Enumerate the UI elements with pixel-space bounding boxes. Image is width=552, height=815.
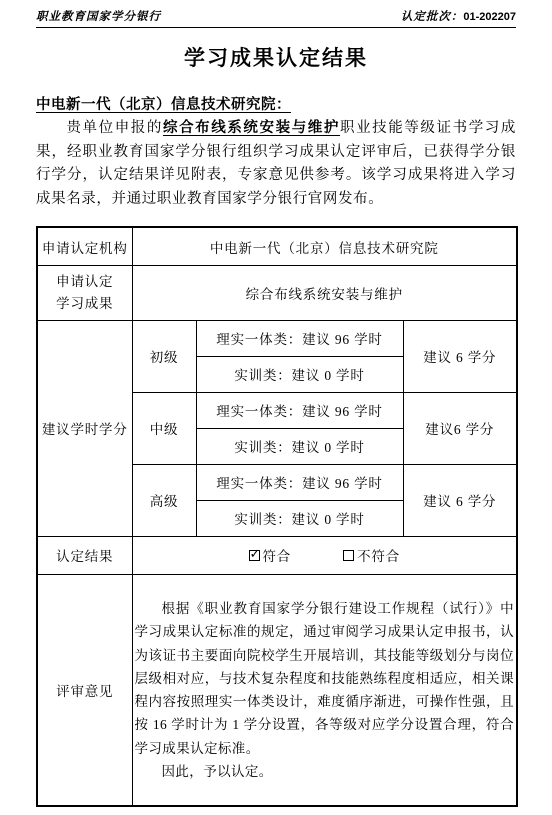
table-row-outcome: 申请认定 学习成果 综合布线系统安装与维护 <box>37 265 517 320</box>
credits-label-cell: 建议学时学分 <box>37 320 132 536</box>
outcome-value-cell: 综合布线系统安装与维护 <box>132 265 517 320</box>
header-batch: 认定批次：01-202207 <box>401 8 516 24</box>
outcome-label-line1: 申请认定 <box>40 271 130 293</box>
recognition-result-table: 申请认定机构 中电新一代（北京）信息技术研究院 申请认定 学习成果 综合布线系统… <box>36 226 518 807</box>
review-label-cell: 评审意见 <box>37 574 132 806</box>
batch-value: 01-202207 <box>463 11 516 23</box>
primary-theory-hours-cell: 理实一体类：建议 96 学时 <box>196 320 403 356</box>
advanced-theory-hours-cell: 理实一体类：建议 96 学时 <box>196 464 403 500</box>
level-advanced-cell: 高级 <box>132 464 196 536</box>
page-title: 学习成果认定结果 <box>0 42 552 72</box>
batch-label: 认定批次： <box>401 11 464 23</box>
outcome-label-cell: 申请认定 学习成果 <box>37 265 132 320</box>
intermediate-credit-cell: 建议6 学分 <box>403 392 517 464</box>
table-row-review: 评审意见 根据《职业教育国家学分银行建设工作规程（试行）》中学习成果认定标准的规… <box>37 574 517 806</box>
checkbox-checked-icon <box>249 550 260 561</box>
outcome-label-line2: 学习成果 <box>40 293 130 315</box>
advanced-credit-cell: 建议 6 学分 <box>403 464 517 536</box>
advanced-training-hours-cell: 实训类：建议 0 学时 <box>196 500 403 536</box>
table-row-result: 认定结果 符合 不符合 <box>37 536 517 574</box>
org-value-cell: 中电新一代（北京）信息技术研究院 <box>132 227 517 265</box>
org-label-cell: 申请认定机构 <box>37 227 132 265</box>
course-name-emphasis: 综合布线系统安装与维护 <box>163 120 340 136</box>
option-nonconform: 不符合 <box>343 545 400 565</box>
table-row-level-primary-theory: 建议学时学分 初级 理实一体类：建议 96 学时 建议 6 学分 <box>37 320 517 356</box>
option-conform-label: 符合 <box>263 545 292 565</box>
primary-training-hours-cell: 实训类：建议 0 学时 <box>196 356 403 392</box>
table-row-org: 申请认定机构 中电新一代（北京）信息技术研究院 <box>37 227 517 265</box>
level-intermediate-cell: 中级 <box>132 392 196 464</box>
header-org-name: 职业教育国家学分银行 <box>36 8 161 24</box>
intro-lead: 贵单位申报的 <box>66 120 163 136</box>
checkbox-unchecked-icon <box>343 550 354 561</box>
primary-credit-cell: 建议 6 学分 <box>403 320 517 392</box>
result-options: 符合 不符合 <box>135 545 515 565</box>
option-nonconform-label: 不符合 <box>357 545 400 565</box>
intro-paragraph: 贵单位申报的综合布线系统安装与维护职业技能等级证书学习成果，经职业教育国家学分银… <box>36 117 516 211</box>
review-paragraph-2: 因此，予以认定。 <box>135 760 515 783</box>
result-options-cell: 符合 不符合 <box>132 536 517 574</box>
intermediate-theory-hours-cell: 理实一体类：建议 96 学时 <box>196 392 403 428</box>
result-label-cell: 认定结果 <box>37 536 132 574</box>
addressee-line: 中电新一代（北京）信息技术研究院： <box>36 93 516 114</box>
option-conform: 符合 <box>249 545 292 565</box>
review-paragraph-1: 根据《职业教育国家学分银行建设工作规程（试行）》中学习成果认定标准的规定，通过审… <box>135 597 515 760</box>
level-primary-cell: 初级 <box>132 320 196 392</box>
addressee-text: 中电新一代（北京）信息技术研究院： <box>36 97 291 113</box>
review-text-cell: 根据《职业教育国家学分银行建设工作规程（试行）》中学习成果认定标准的规定，通过审… <box>132 574 517 806</box>
page-header: 职业教育国家学分银行 认定批次：01-202207 <box>36 0 516 28</box>
intermediate-training-hours-cell: 实训类：建议 0 学时 <box>196 428 403 464</box>
document-page: 职业教育国家学分银行 认定批次：01-202207 学习成果认定结果 中电新一代… <box>0 0 552 815</box>
